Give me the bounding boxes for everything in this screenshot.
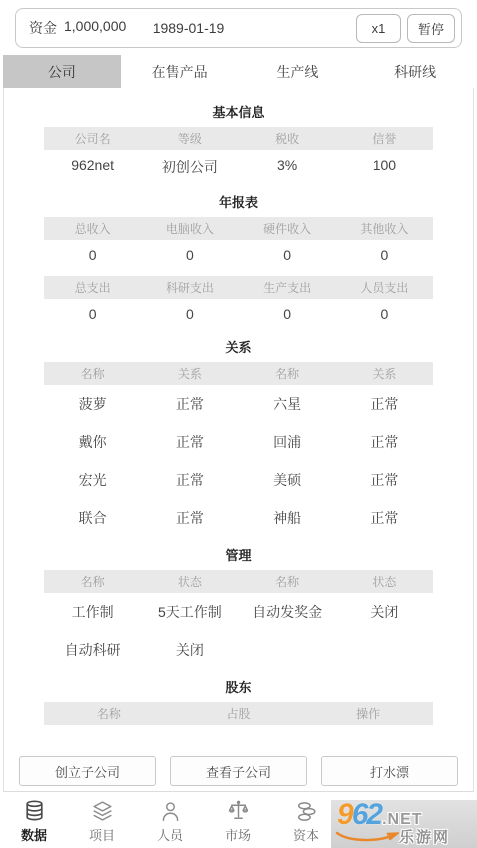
nav-label: 市场 [225, 825, 251, 844]
section-title-management: 管理 [4, 545, 473, 564]
relation-status: 正常 [141, 508, 238, 528]
section-title-shareholders: 股东 [4, 677, 473, 696]
speed-button[interactable]: x1 [356, 14, 401, 43]
tab-production-line[interactable]: 生产线 [239, 55, 357, 88]
tax-value: 3% [239, 157, 336, 177]
total-income-value: 0 [44, 247, 141, 263]
footer-buttons: 创立子公司 查看子公司 打水漂 [19, 756, 458, 786]
col-header: 等级 [141, 130, 238, 147]
tab-bar: 公司 在售产品 生产线 科研线 [3, 55, 474, 88]
top-status-bar: 资金 1,000,000 1989-01-19 x1 暂停 [15, 8, 462, 48]
col-header: 信誉 [336, 130, 433, 147]
bottom-nav: 数据 项目 人员 市场 [0, 795, 477, 848]
watermark-number: 962 [337, 800, 381, 830]
relation-company: 神船 [239, 508, 336, 528]
income-value-row: 0 0 0 0 [44, 240, 433, 270]
watermark-site-line: 乐游网 [335, 826, 477, 847]
management-setting [239, 640, 336, 660]
relation-company: 戴你 [44, 432, 141, 452]
col-header: 硬件收入 [239, 220, 336, 237]
relations-row: 宏光 正常 美硕 正常 [44, 461, 433, 499]
col-header: 名称 [44, 573, 141, 590]
throw-money-button[interactable]: 打水漂 [321, 756, 458, 786]
col-header: 名称 [44, 365, 141, 382]
relation-status: 正常 [336, 394, 433, 414]
nav-item-capital[interactable]: 资本 [272, 795, 340, 848]
income-header-row: 总收入 电脑收入 硬件收入 其他收入 [44, 217, 433, 240]
management-header-row: 名称 状态 名称 状态 [44, 570, 433, 593]
relation-status: 正常 [141, 394, 238, 414]
management-state [336, 640, 433, 660]
relation-status: 正常 [141, 470, 238, 490]
col-header: 状态 [141, 573, 238, 590]
col-header: 人员支出 [336, 279, 433, 296]
other-income-value: 0 [336, 247, 433, 263]
create-subsidiary-button[interactable]: 创立子公司 [19, 756, 156, 786]
management-row: 工作制 5天工作制 自动发奖金 关闭 [44, 593, 433, 631]
coins-icon [294, 799, 319, 824]
nav-item-data[interactable]: 数据 [0, 795, 68, 848]
col-header: 生产支出 [239, 279, 336, 296]
col-header: 状态 [336, 573, 433, 590]
total-expense-value: 0 [44, 306, 141, 322]
nav-label: 人员 [157, 825, 183, 844]
funds-label: 资金 [29, 18, 57, 38]
col-header: 总收入 [44, 220, 141, 237]
relation-status: 正常 [141, 432, 238, 452]
reputation-value: 100 [336, 157, 433, 177]
expense-header-row: 总支出 科研支出 生产支出 人员支出 [44, 276, 433, 299]
col-header: 科研支出 [141, 279, 238, 296]
hardware-income-value: 0 [239, 247, 336, 263]
col-header: 其他收入 [336, 220, 433, 237]
relations-row: 联合 正常 神船 正常 [44, 499, 433, 537]
relation-status: 正常 [336, 508, 433, 528]
relation-company: 六星 [239, 394, 336, 414]
col-header: 关系 [141, 365, 238, 382]
management-row: 自动科研 关闭 [44, 631, 433, 669]
production-expense-value: 0 [239, 306, 336, 322]
basic-info-header-row: 公司名 等级 税收 信誉 [44, 127, 433, 150]
company-level-value: 初创公司 [141, 157, 238, 177]
nav-label: 项目 [89, 825, 115, 844]
expense-value-row: 0 0 0 0 [44, 299, 433, 329]
database-icon [22, 799, 47, 824]
relation-company: 美硕 [239, 470, 336, 490]
nav-label: 数据 [21, 825, 47, 844]
col-header: 电脑收入 [141, 220, 238, 237]
company-panel: 基本信息 公司名 等级 税收 信誉 962net 初创公司 3% 100 年报表… [3, 88, 474, 792]
management-setting: 自动发奖金 [239, 602, 336, 622]
col-header: 公司名 [44, 130, 141, 147]
swoosh-arrow-icon [335, 830, 399, 844]
basic-info-value-row: 962net 初创公司 3% 100 [44, 150, 433, 184]
962net-watermark: 962 .NET 乐游网 [331, 800, 477, 848]
relation-company: 菠萝 [44, 394, 141, 414]
col-header: 操作 [303, 705, 433, 722]
funds-value: 1,000,000 [64, 18, 126, 38]
nav-item-projects[interactable]: 项目 [68, 795, 136, 848]
col-header: 关系 [336, 365, 433, 382]
tab-research-line[interactable]: 科研线 [356, 55, 474, 88]
research-expense-value: 0 [141, 306, 238, 322]
management-state[interactable]: 关闭 [336, 602, 433, 622]
watermark-site-name: 乐游网 [399, 826, 450, 847]
person-icon [158, 799, 183, 824]
shareholders-header-row: 名称 占股 操作 [44, 702, 433, 725]
col-header: 名称 [44, 705, 174, 722]
relations-row: 菠萝 正常 六星 正常 [44, 385, 433, 423]
topbar-buttons: x1 暂停 [356, 14, 455, 43]
view-subsidiary-button[interactable]: 查看子公司 [170, 756, 307, 786]
section-title-annual-report: 年报表 [4, 192, 473, 211]
management-state[interactable]: 5天工作制 [141, 602, 238, 622]
col-header: 税收 [239, 130, 336, 147]
pause-button[interactable]: 暂停 [407, 14, 455, 43]
col-header: 名称 [239, 365, 336, 382]
personnel-expense-value: 0 [336, 306, 433, 322]
nav-item-personnel[interactable]: 人员 [136, 795, 204, 848]
col-header: 占股 [174, 705, 304, 722]
col-header: 总支出 [44, 279, 141, 296]
relation-company: 宏光 [44, 470, 141, 490]
section-title-basic-info: 基本信息 [4, 102, 473, 121]
management-setting: 自动科研 [44, 640, 141, 660]
section-title-relations: 关系 [4, 337, 473, 356]
relation-company: 回浦 [239, 432, 336, 452]
funds-display: 资金 1,000,000 [29, 18, 126, 38]
nav-item-market[interactable]: 市场 [204, 795, 272, 848]
col-header: 名称 [239, 573, 336, 590]
relation-company: 联合 [44, 508, 141, 528]
layers-icon [90, 799, 115, 824]
tab-products-on-sale[interactable]: 在售产品 [121, 55, 239, 88]
computer-income-value: 0 [141, 247, 238, 263]
scale-icon [226, 799, 251, 824]
management-state[interactable]: 关闭 [141, 640, 238, 660]
company-name-value: 962net [44, 157, 141, 177]
relation-status: 正常 [336, 470, 433, 490]
relation-status: 正常 [336, 432, 433, 452]
management-setting: 工作制 [44, 602, 141, 622]
nav-label: 资本 [293, 825, 319, 844]
relations-header-row: 名称 关系 名称 关系 [44, 362, 433, 385]
relations-row: 戴你 正常 回浦 正常 [44, 423, 433, 461]
tab-company[interactable]: 公司 [3, 55, 121, 88]
